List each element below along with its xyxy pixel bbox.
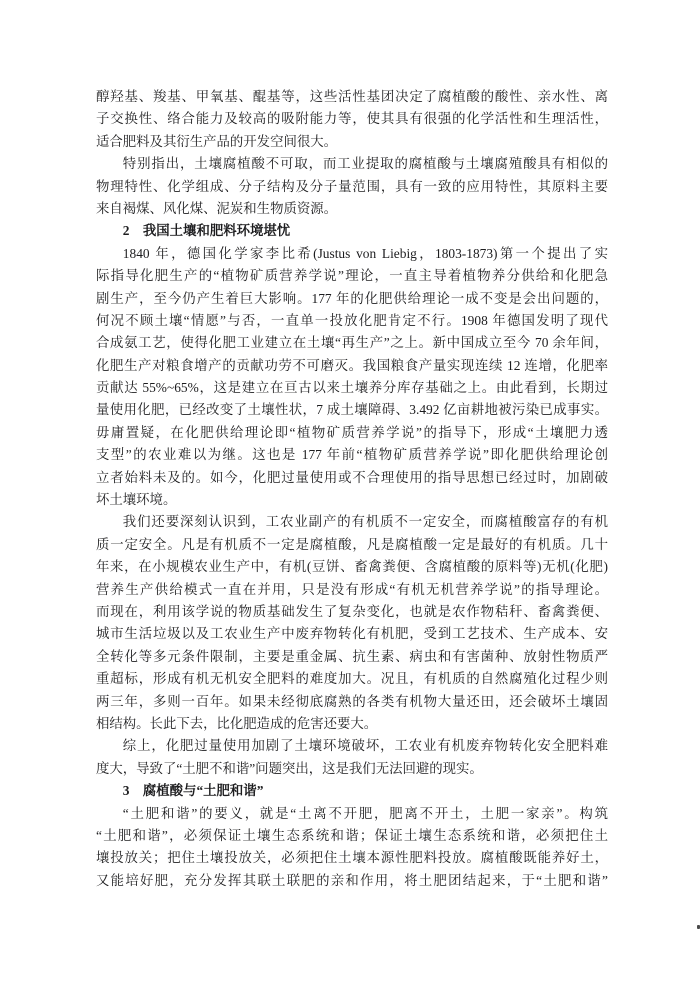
section-heading: 2 我国土壤和肥料环境堪忧 <box>96 220 608 242</box>
paragraph: 特别指出，土壤腐植酸不可取，而工业提取的腐植酸与土壤腐殖酸具有相似的物理特性、化… <box>96 153 608 220</box>
text-line: 支型”的农业难以为继。这也是 177 年前“植物矿质营养学说”即化肥供给理论创 <box>96 444 608 466</box>
text-line: 壤投放关；把住土壤投放关，必须把住土壤本源性肥料投放。腐植酸既能养好土， <box>96 847 608 869</box>
text-line: “土肥和谐”的要义，就是“土离不开肥，肥离不开土，土肥一家亲”。构筑 <box>96 803 608 825</box>
text-line: 我们还要深刻认识到，工农业副产的有机质不一定安全，而腐植酸富存的有机 <box>96 511 608 533</box>
text-line: 两三年，多则一百年。如果未经彻底腐熟的各类有机物大量还田，还会破坏土壤固 <box>96 691 608 713</box>
paragraph: 1840 年，德国化学家李比希(Justus von Liebig，1803-1… <box>96 243 608 512</box>
text-line: 又能培好肥，充分发挥其联土联肥的亲和作用，将土肥团结起来，于“土肥和谐” <box>96 870 608 892</box>
text-line: 剧生产，至今仍产生着巨大影响。177 年的化肥供给理论一成不变是会出问题的， <box>96 288 608 310</box>
text-line: 醇羟基、羧基、甲氧基、醌基等，这些活性基团决定了腐植酸的酸性、亲水性、离 <box>96 86 608 108</box>
text-line: 1840 年，德国化学家李比希(Justus von Liebig，1803-1… <box>96 243 608 265</box>
text-line: 营养生产供给模式一直在并用，只是没有形成“有机无机营养学说”的指导理论。 <box>96 579 608 601</box>
text-line: 物理特性、化学组成、分子结构及分子量范围，具有一致的应用特性，其原料主要 <box>96 176 608 198</box>
text-line: 质一定安全。凡是有机质不一定是腐植酸，凡是腐植酸一定是最好的有机质。几十 <box>96 534 608 556</box>
text-line: 全转化等多元条件限制，主要是重金属、抗生素、病虫和有害菌种、放射性物质严 <box>96 646 608 668</box>
text-line: 化肥生产对粮食增产的贡献功劳不可磨灭。我国粮食产量实现连续 12 连增，化肥率 <box>96 355 608 377</box>
text-line: 贡献达 55%~65%，这是建立在亘古以来土壤养分库存基础之上。由此看到，长期过 <box>96 377 608 399</box>
text-line: 际指导化肥生产的“植物矿质营养学说”理论，一直主导着植物养分供给和化肥急 <box>96 265 608 287</box>
document-page: 醇羟基、羧基、甲氧基、醌基等，这些活性基团决定了腐植酸的酸性、亲水性、离子交换性… <box>0 0 700 990</box>
text-line: “土肥和谐”，必须保证土壤生态系统和谐；保证土壤生态系统和谐，必须把住土 <box>96 825 608 847</box>
text-line: 重超标，形成有机无机安全肥料的难度加大。况且，有机质的自然腐殖化过程少则 <box>96 668 608 690</box>
text-line: 年来，在小规模农业生产中，有机(豆饼、畜禽粪便、含腐植酸的原料等)无机(化肥) <box>96 556 608 578</box>
text-line: 特别指出，土壤腐植酸不可取，而工业提取的腐植酸与土壤腐殖酸具有相似的 <box>96 153 608 175</box>
text-line: 适合肥料及其衍生产品的开发空间很大。 <box>96 131 608 153</box>
text-line: 合成氨工艺，使得化肥工业建立在土壤“再生产”之上。新中国成立至今 70 余年间， <box>96 332 608 354</box>
paragraph: 综上，化肥过量使用加剧了土壤环境破坏，工农业有机废弃物转化安全肥料难度大，导致了… <box>96 735 608 780</box>
text-line: 量使用化肥，已经改变了土壤性状，7 成土壤障碍、3.492 亿亩耕地被污染已成事… <box>96 399 608 421</box>
document-content: 醇羟基、羧基、甲氧基、醌基等，这些活性基团决定了腐植酸的酸性、亲水性、离子交换性… <box>96 86 608 892</box>
section-heading: 3 腐植酸与“土肥和谐” <box>96 780 608 802</box>
paragraph: “土肥和谐”的要义，就是“土离不开肥，肥离不开土，土肥一家亲”。构筑“土肥和谐”… <box>96 803 608 893</box>
text-line: 综上，化肥过量使用加剧了土壤环境破坏，工农业有机废弃物转化安全肥料难 <box>96 735 608 757</box>
text-line: 来自褐煤、风化煤、泥炭和生物质资源。 <box>96 198 608 220</box>
text-line: 城市生活垃圾以及工农业生产中废弃物转化有机肥，受到工艺技术、生产成本、安 <box>96 623 608 645</box>
text-line: 相结构。长此下去，比化肥造成的危害还要大。 <box>96 713 608 735</box>
text-line: 何况不顾土壤“情愿”与否，一直单一投放化肥肯定不行。1908 年德国发明了现代 <box>96 310 608 332</box>
text-line: 坏土壤环境。 <box>96 489 608 511</box>
paragraph: 我们还要深刻认识到，工农业副产的有机质不一定安全，而腐植酸富存的有机质一定安全。… <box>96 511 608 735</box>
text-line: 子交换性、络合能力及较高的吸附能力等，使其具有很强的化学活性和生理活性， <box>96 108 608 130</box>
text-line: 毋庸置疑，在化肥供给理论即“植物矿质营养学说”的指导下，形成“土壤肥力透 <box>96 422 608 444</box>
text-line: 度大，导致了“土肥不和谐”问题突出，这是我们无法回避的现实。 <box>96 758 608 780</box>
text-line: 而现在，利用该学说的物质基础发生了复杂变化，也就是农作物秸秆、畜禽粪便、 <box>96 601 608 623</box>
text-line: 立者始料未及的。如今，化肥过量使用或不合理使用的指导思想已经过时，加剧破 <box>96 467 608 489</box>
paragraph: 醇羟基、羧基、甲氧基、醌基等，这些活性基团决定了腐植酸的酸性、亲水性、离子交换性… <box>96 86 608 153</box>
